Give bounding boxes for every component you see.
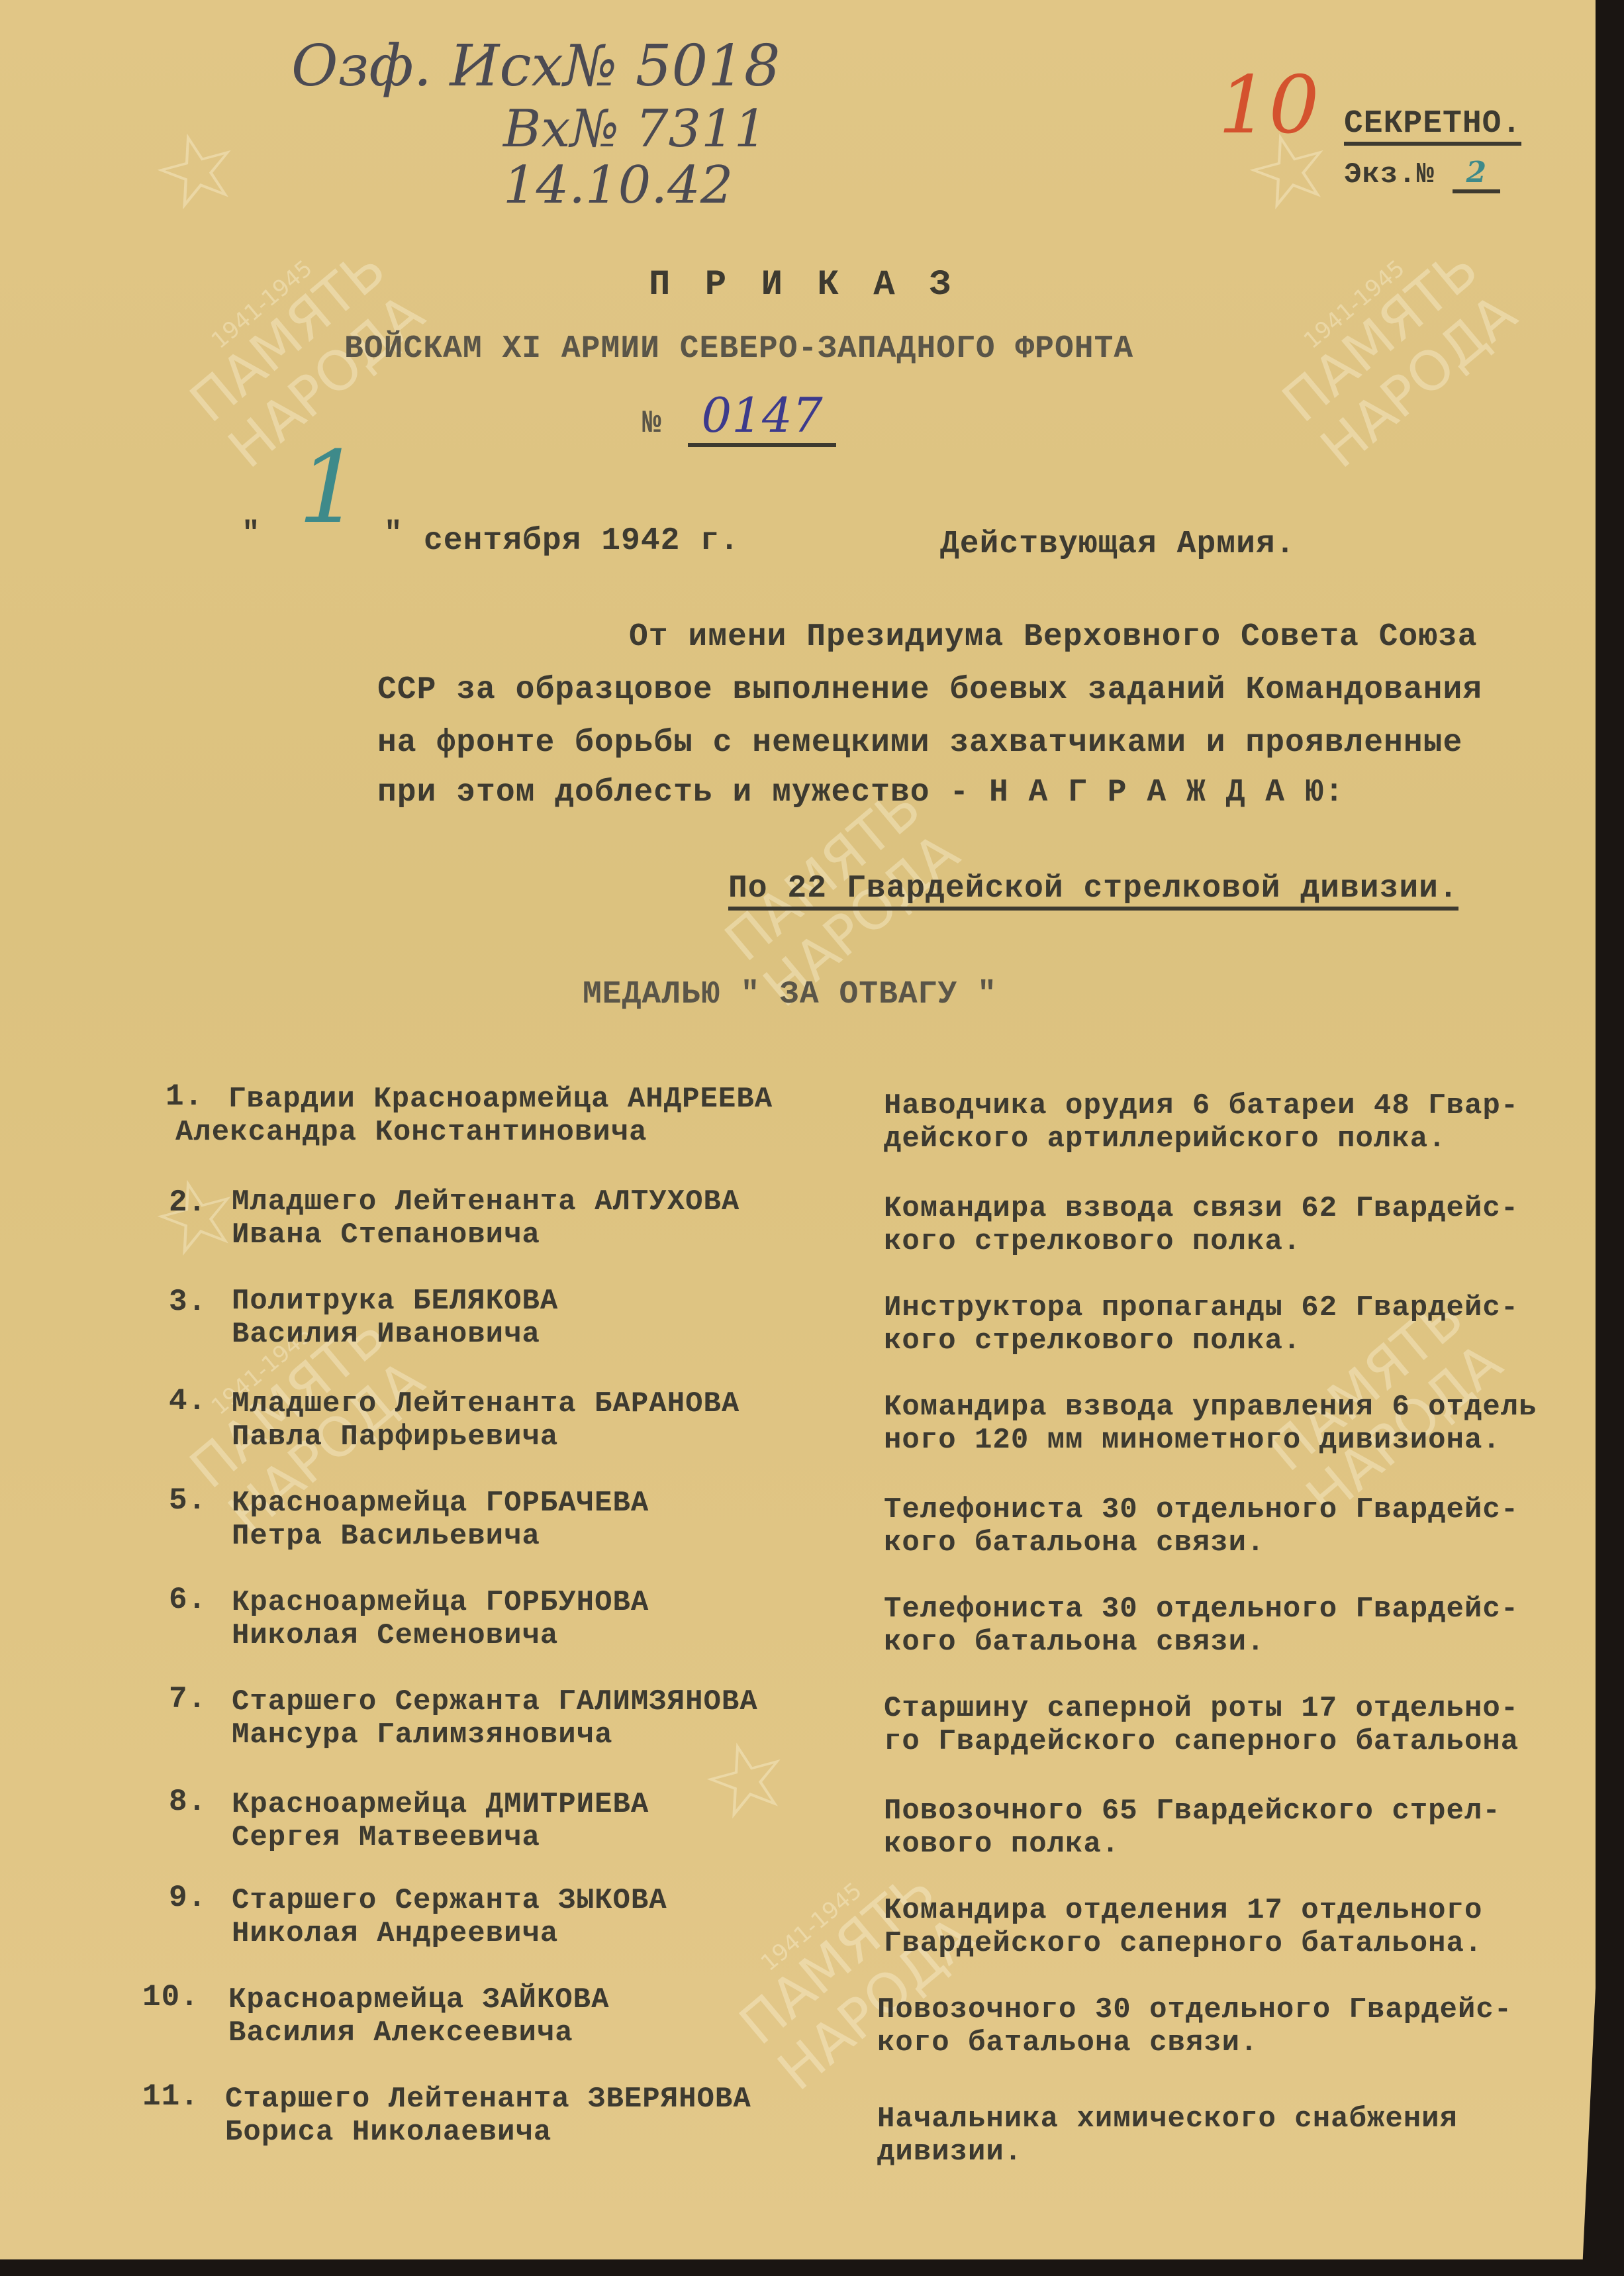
medal-heading: МЕДАЛЬЮ " ЗА ОТВАГУ " [583, 977, 997, 1013]
awardee-name: Старшего Сержанта ГАЛИМЗЯНОВА Мансура Га… [232, 1685, 758, 1752]
position-line1: Телефониста 30 отдельного Гвардейс- [884, 1593, 1519, 1626]
awardee-number: 4. [169, 1384, 207, 1418]
preamble-line3: на фронте борьбы с немецкими захватчикам… [377, 725, 1462, 761]
position-line1: Повозочного 30 отдельного Гвардейс- [877, 1993, 1512, 2026]
preamble-line4: при этом доблесть и мужество - Н А Г Р А… [377, 775, 1344, 811]
awardee-given-name: Петра Васильевича [232, 1520, 540, 1553]
order-number-line: № 0147 [642, 387, 836, 447]
awardee-given-name: Бориса Николаевича [225, 2116, 551, 2149]
awardee-number: 11. [142, 2079, 199, 2114]
position-line2: кого батальона связи. [884, 1626, 1265, 1659]
awardee-given-name: Павла Парфирьевича [232, 1420, 558, 1454]
page-number: 10 [1218, 60, 1319, 152]
position-line1: Повозочного 65 Гвардейского стрел- [884, 1795, 1501, 1828]
order-number: 0147 [688, 387, 836, 447]
position-line2: кого батальона связи. [877, 2026, 1259, 2059]
watermark-line1: ПАМЯТЬ [1272, 238, 1489, 434]
watermark-line2: НАРОДА [1311, 284, 1527, 479]
copy-label: Экз.№ [1344, 158, 1435, 191]
position-line2: кого батальона связи. [884, 1526, 1265, 1559]
position-line2: дейского артиллерийского полка. [884, 1122, 1447, 1156]
position-line1: Телефониста 30 отдельного Гвардейс- [884, 1493, 1519, 1526]
awardee-rank-surname: Красноармейца ГОРБУНОВА [232, 1586, 649, 1619]
position-line1: Старшину саперной роты 17 отдельно- [884, 1692, 1519, 1725]
date-month-year: сентября 1942 г. [424, 523, 740, 559]
awardee-rank-surname: Младшего Лейтенанта БАРАНОВА [232, 1387, 740, 1420]
awardee-given-name: Василия Ивановича [232, 1318, 540, 1351]
awardee-given-name: Ивана Степановича [232, 1218, 540, 1252]
awardee-name: Старшего Сержанта ЗЫКОВА Николая Андреев… [232, 1884, 667, 1950]
date-close-quote: " [384, 517, 403, 551]
copy-number: 2 [1453, 156, 1500, 193]
position-line1: Наводчика орудия 6 батареи 48 Гвар- [884, 1089, 1519, 1122]
awardee-name: Младшего Лейтенанта АЛТУХОВА Ивана Степа… [232, 1185, 740, 1252]
awardee-number: 5. [169, 1483, 207, 1518]
awardee-given-name: Василия Алексеевича [228, 2016, 573, 2050]
watermark-years: 1941-1945 [715, 1844, 908, 2010]
watermark-star-icon: ☆ [139, 103, 255, 238]
awardee-name: Младшего Лейтенанта БАРАНОВА Павла Парфи… [232, 1387, 740, 1454]
awardee-number: 8. [169, 1785, 207, 1819]
awardee-position: Повозочного 30 отдельного Гвардейс- кого… [877, 1993, 1512, 2059]
preamble-line1: От имени Президиума Верховного Совета Со… [629, 619, 1478, 655]
document-subtitle: ВОЙСКАМ XI АРМИИ СЕВЕРО-ЗАПАДНОГО ФРОНТА [344, 331, 1133, 367]
awardee-rank-surname: Младшего Лейтенанта АЛТУХОВА [232, 1185, 740, 1218]
date-open-quote: " [242, 517, 261, 551]
awardee-number: 7. [169, 1682, 207, 1716]
awardee-given-name: Александра Константиновича [175, 1116, 647, 1149]
watermark: 1941-1945 ПАМЯТЬ НАРОДА [1258, 221, 1527, 479]
awardee-position: Командира взвода связи 62 Гвардейс- кого… [884, 1192, 1519, 1258]
awardee-rank-surname: Политрука БЕЛЯКОВА [232, 1285, 558, 1318]
awardee-given-name: Сергея Матвеевича [232, 1821, 540, 1854]
awardee-name: Старшего Лейтенанта ЗВЕРЯНОВА Бориса Ник… [225, 2083, 751, 2149]
archive-note-incoming: Вх№ 7311 [503, 99, 767, 159]
preamble-line2: ССР за образцовое выполнение боевых зада… [377, 672, 1482, 708]
position-line2: ного 120 мм минометного дивизиона. [884, 1424, 1501, 1457]
awardee-name: Красноармейца ГОРБАЧЕВА Петра Васильевич… [232, 1487, 649, 1553]
awardee-rank-surname: Старшего Лейтенанта ЗВЕРЯНОВА [225, 2083, 751, 2116]
position-line1: Командира отделения 17 отдельного [884, 1894, 1482, 1927]
awardee-given-name: Николая Семеновича [232, 1619, 558, 1652]
position-line1: Командира взвода управления 6 отдель [884, 1391, 1537, 1424]
awardee-rank-surname: Старшего Сержанта ГАЛИМЗЯНОВА [232, 1685, 758, 1718]
awardee-name: Красноармейца ДМИТРИЕВА Сергея Матвеевич… [232, 1788, 649, 1854]
awardee-position: Командира отделения 17 отдельного Гварде… [884, 1894, 1482, 1960]
archive-note-date: 14.10.42 [503, 156, 733, 215]
awardee-rank-surname: Красноармейца ГОРБАЧЕВА [232, 1487, 649, 1520]
position-line2: кого стрелкового полка. [884, 1324, 1301, 1358]
awardee-position: Наводчика орудия 6 батареи 48 Гвар- дейс… [884, 1089, 1519, 1156]
awardee-number: 2. [169, 1185, 207, 1220]
copy-number-line: Экз.№ 2 [1344, 156, 1500, 191]
awardee-number: 3. [169, 1285, 207, 1319]
position-line2: кого стрелкового полка. [884, 1225, 1301, 1258]
awardee-name: Политрука БЕЛЯКОВА Василия Ивановича [232, 1285, 558, 1351]
classification-label: СЕКРЕТНО. [1344, 106, 1521, 146]
awardee-number: 9. [169, 1881, 207, 1915]
awardee-number: 10. [142, 1980, 199, 2014]
watermark-years: 1941-1945 [166, 221, 358, 388]
date-day: 1 [298, 430, 361, 546]
division-heading: По 22 Гвардейской стрелковой дивизии. [728, 871, 1458, 911]
awardee-rank-surname: Старшего Сержанта ЗЫКОВА [232, 1884, 667, 1917]
position-line1: Начальника химического снабжения [877, 2103, 1458, 2136]
awardee-position: Командира взвода управления 6 отдель ног… [884, 1391, 1537, 1457]
awardee-rank-surname: Красноармейца ДМИТРИЕВА [232, 1788, 649, 1821]
awardee-position: Начальника химического снабжения дивизии… [877, 2103, 1458, 2169]
awardee-rank-surname: Красноармейца ЗАЙКОВА [228, 1983, 610, 2016]
position-line1: Инструктора пропаганды 62 Гвардейс- [884, 1291, 1519, 1324]
position-line2: кового полка. [884, 1828, 1120, 1861]
awardee-rank-surname: Гвардии Красноармейца АНДРЕЕВА [228, 1083, 773, 1116]
awardee-position: Инструктора пропаганды 62 Гвардейс- кого… [884, 1291, 1519, 1358]
awardee-position: Телефониста 30 отдельного Гвардейс- кого… [884, 1493, 1519, 1559]
awardee-name: Красноармейца ГОРБУНОВА Николая Семенови… [232, 1586, 649, 1652]
awardee-number: 6. [169, 1583, 207, 1617]
archive-note-outgoing: Озф. Исх№ 5018 [291, 33, 781, 99]
awardee-position: Старшину саперной роты 17 отдельно- го Г… [884, 1692, 1519, 1758]
awardee-given-name: Николая Андреевича [232, 1917, 558, 1950]
awardee-name: Гвардии Красноармейца АНДРЕЕВА Александр… [175, 1083, 773, 1149]
position-line2: Гвардейского саперного батальона. [884, 1927, 1482, 1960]
order-number-label: № [642, 406, 662, 442]
document-page: ☆ 1941-1945 ПАМЯТЬ НАРОДА ☆ 1941-1945 ПА… [0, 0, 1596, 2259]
position-line2: го Гвардейского саперного батальона [884, 1725, 1519, 1758]
awardee-name: Красноармейца ЗАЙКОВА Василия Алексеевич… [228, 1983, 610, 2050]
document-title: П Р И К А З [649, 265, 957, 305]
awardee-position: Телефониста 30 отдельного Гвардейс- кого… [884, 1593, 1519, 1659]
watermark: 1941-1945 ПАМЯТЬ НАРОДА [715, 1844, 984, 2102]
watermark-years: 1941-1945 [1258, 221, 1451, 388]
awardee-given-name: Мансура Галимзяновича [232, 1718, 613, 1752]
awardee-position: Повозочного 65 Гвардейского стрел- ковог… [884, 1795, 1501, 1861]
issue-place: Действующая Армия. [940, 526, 1295, 562]
position-line1: Командира взвода связи 62 Гвардейс- [884, 1192, 1519, 1225]
position-line2: дивизии. [877, 2136, 1022, 2169]
